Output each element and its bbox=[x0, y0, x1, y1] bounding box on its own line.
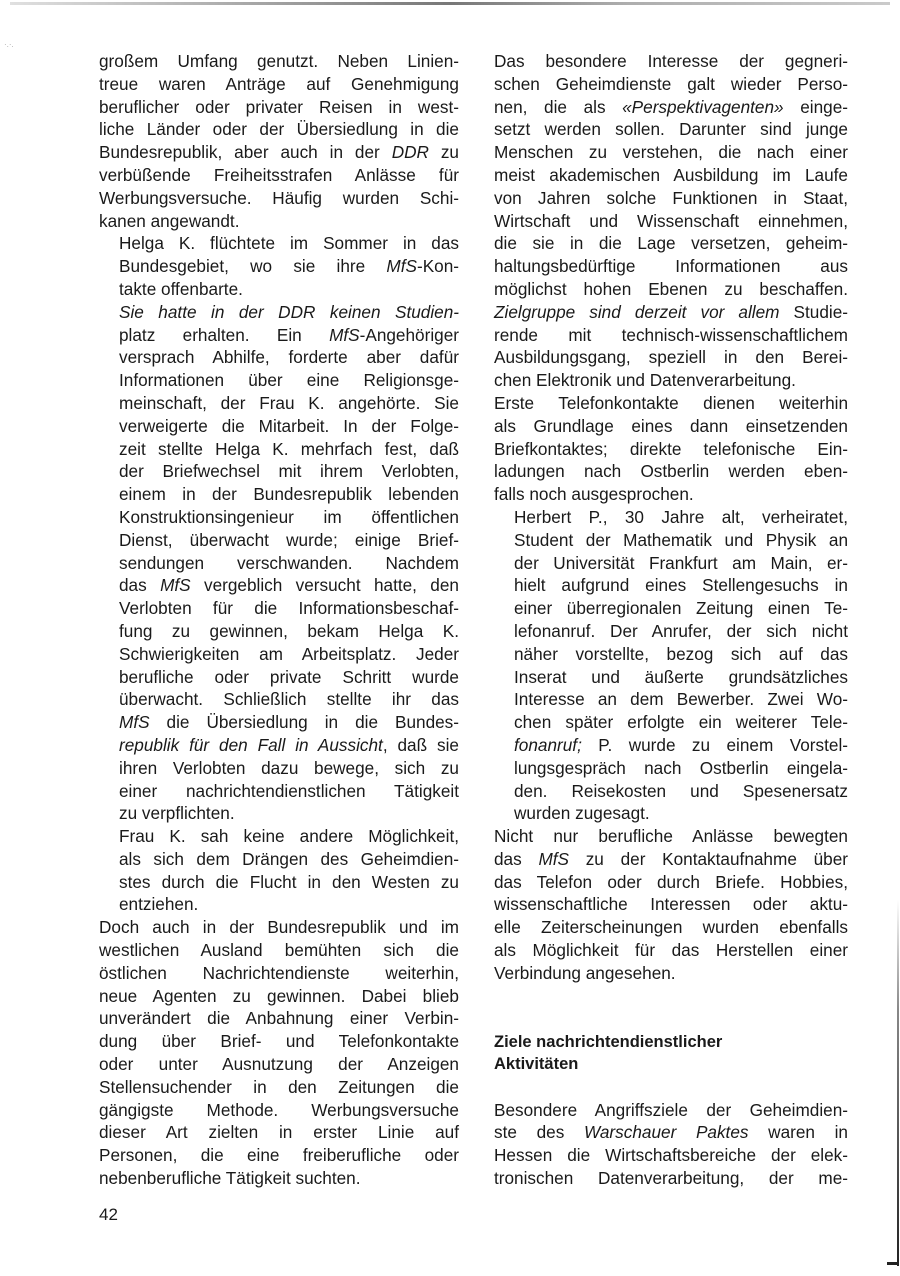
text-line: treue waren Anträge auf Genehmigung bbox=[99, 73, 459, 96]
text-line: der Universität Frankfurt am Main, er- bbox=[494, 552, 848, 575]
text-line: das MfS vergeblich versucht hatte, den bbox=[99, 574, 459, 597]
text-line: Bundesrepublik, aber auch in der DDR zu bbox=[99, 141, 459, 164]
text-line: zeit stellte Helga K. mehrfach fest, daß bbox=[99, 438, 459, 461]
text-line: fung zu gewinnen, bekam Helga K. bbox=[99, 620, 459, 643]
text-line: Personen, die eine freiberufliche oder bbox=[99, 1144, 459, 1167]
text-line: ihren Verlobten dazu bewege, sich zu bbox=[99, 757, 459, 780]
text-line: Verlobten für die Informationsbeschaf- bbox=[99, 597, 459, 620]
text-line: verweigerte die Mitarbeit. In der Folge- bbox=[99, 415, 459, 438]
text-line: MfS die Übersiedlung in die Bundes- bbox=[99, 711, 459, 734]
text-line: oder unter Ausnutzung der Anzeigen bbox=[99, 1053, 459, 1076]
text-line: lungsgespräch nach Ostberlin eingela- bbox=[494, 757, 848, 780]
text-line: Nicht nur berufliche Anlässe bewegten bbox=[494, 825, 848, 848]
text-line: lefonanruf. Der Anrufer, der sich nicht bbox=[494, 620, 848, 643]
text-line: ladungen nach Ostberlin werden eben- bbox=[494, 460, 848, 483]
text-line: gängigste Methode. Werbungsversuche bbox=[99, 1099, 459, 1122]
text-line: takte offenbarte. bbox=[99, 278, 459, 301]
text-line: beruflicher oder privater Reisen in west… bbox=[99, 96, 459, 119]
text-line: tronischen Datenverarbeitung, der me- bbox=[494, 1167, 848, 1190]
text-line: zu verpflichten. bbox=[99, 802, 459, 825]
text-line: Stellensuchender in den Zeitungen die bbox=[99, 1076, 459, 1099]
text-line: Menschen zu verstehen, die nach einer bbox=[494, 141, 848, 164]
text-line: Besondere Angriffsziele der Geheimdien- bbox=[494, 1099, 848, 1122]
text-line: einer überregionalen Zeitung einen Te- bbox=[494, 597, 848, 620]
paragraph: großem Umfang genutzt. Neben Linien- tre… bbox=[99, 50, 459, 232]
text-line: falls noch ausgesprochen. bbox=[494, 483, 848, 506]
text-line: als Grundlage eines dann einsetzenden bbox=[494, 415, 848, 438]
text-line: fonanruf; P. wurde zu einem Vorstel- bbox=[494, 734, 848, 757]
text-line: Sie hatte in der DDR keinen Studien- bbox=[99, 301, 459, 324]
text-line: einem in der Bundesrepublik lebenden bbox=[99, 483, 459, 506]
text-line: sendungen verschwanden. Nachdem bbox=[99, 552, 459, 575]
text-line: wissenschaftliche Interessen oder aktu- bbox=[494, 893, 848, 916]
spacer bbox=[494, 1076, 848, 1099]
text-line: als Möglichkeit für das Herstellen einer bbox=[494, 939, 848, 962]
scan-artifact bbox=[887, 1262, 899, 1265]
text-line: schen Geheimdienste galt wieder Perso- bbox=[494, 73, 848, 96]
text-line: Schwierigkeiten am Arbeitsplatz. Jeder bbox=[99, 643, 459, 666]
text-line: elle Zeiterscheinungen wurden ebenfalls bbox=[494, 916, 848, 939]
text-line: meist akademischen Ausbildung im Laufe bbox=[494, 164, 848, 187]
text-line: Wirtschaft und Wissenschaft einnehmen, bbox=[494, 210, 848, 233]
text-line: entziehen. bbox=[99, 893, 459, 916]
text-line: östlichen Nachrichtendienste weiterhin, bbox=[99, 962, 459, 985]
text-line: westlichen Ausland bemühten sich die bbox=[99, 939, 459, 962]
text-line: ste des Warschauer Paktes waren in bbox=[494, 1121, 848, 1144]
text-line: chen Elektronik und Datenverarbeitung. bbox=[494, 369, 848, 392]
case-example-herbert: Herbert P., 30 Jahre alt, verheiratet, S… bbox=[494, 506, 848, 825]
text-line: dung über Brief- und Telefonkontakte bbox=[99, 1030, 459, 1053]
paragraph: Besondere Angriffsziele der Geheimdien- … bbox=[494, 1099, 848, 1190]
text-line: Briefkontaktes; direkte telefonische Ein… bbox=[494, 438, 848, 461]
text-line: haltungsbedürftige Informationen aus bbox=[494, 255, 848, 278]
text-line: platz erhalten. Ein MfS-Angehöriger bbox=[99, 324, 459, 347]
text-line: Erste Telefonkontakte dienen weiterhin bbox=[494, 392, 848, 415]
page-number: 42 bbox=[99, 1205, 118, 1225]
text-line: Werbungsversuche. Häufig wurden Schi- bbox=[99, 187, 459, 210]
text-line: großem Umfang genutzt. Neben Linien- bbox=[99, 50, 459, 73]
text-line: möglichst hohen Ebenen zu beschaffen. bbox=[494, 278, 848, 301]
text-line: dieser Art zielten in erster Linie auf bbox=[99, 1121, 459, 1144]
text-line: berufliche oder private Schritt wurde bbox=[99, 666, 459, 689]
section-heading: Ziele nachrichtendienstlicher Aktivitäte… bbox=[494, 1031, 848, 1076]
text-line: Helga K. flüchtete im Sommer in das bbox=[99, 232, 459, 255]
text-line: Bundesgebiet, wo sie ihre MfS-Kon- bbox=[99, 255, 459, 278]
text-line: liche Länder oder der Übersiedlung in di… bbox=[99, 118, 459, 141]
text-line: hielt aufgrund eines Stellengesuchs in bbox=[494, 574, 848, 597]
text-line: Zielgruppe sind derzeit vor allem Studie… bbox=[494, 301, 848, 324]
text-line: das Telefon oder durch Briefe. Hobbies, bbox=[494, 871, 848, 894]
text-line: Student der Mathematik und Physik an bbox=[494, 529, 848, 552]
text-line: näher vorstellte, bezog sich auf das bbox=[494, 643, 848, 666]
text-line: als sich dem Drängen des Geheimdien- bbox=[99, 848, 459, 871]
text-line: stes durch die Flucht in den Westen zu bbox=[99, 871, 459, 894]
scan-artifact: ·.·. bbox=[4, 40, 14, 49]
text-line: Verbindung angesehen. bbox=[494, 962, 848, 985]
text-line: Inserat und äußerte grundsätzliches bbox=[494, 666, 848, 689]
paragraph: Nicht nur berufliche Anlässe bewegten da… bbox=[494, 825, 848, 985]
text-line: nebenberufliche Tätigkeit suchten. bbox=[99, 1167, 459, 1190]
text-line: meinschaft, der Frau K. angehörte. Sie bbox=[99, 392, 459, 415]
text-line: rende mit technisch-wissenschaftlichem bbox=[494, 324, 848, 347]
paragraph: Das besondere Interesse der gegneri- sch… bbox=[494, 50, 848, 392]
text-line: Konstruktionsingenieur im öffentlichen bbox=[99, 506, 459, 529]
paragraph: Doch auch in der Bundesrepublik und im w… bbox=[99, 916, 459, 1190]
text-line: Hessen die Wirtschaftsbereiche der elek- bbox=[494, 1144, 848, 1167]
text-line: wurden zugesagt. bbox=[494, 802, 848, 825]
text-line: neue Agenten zu gewinnen. Dabei blieb bbox=[99, 985, 459, 1008]
text-line: der Briefwechsel mit ihrem Verlobten, bbox=[99, 460, 459, 483]
text-line: Doch auch in der Bundesrepublik und im bbox=[99, 916, 459, 939]
text-line: unverändert die Anbahnung einer Verbin- bbox=[99, 1007, 459, 1030]
text-line: verbüßende Freiheitsstrafen Anlässe für bbox=[99, 164, 459, 187]
text-line: versprach Abhilfe, forderte aber dafür bbox=[99, 346, 459, 369]
text-line: chen später erfolgte ein weiterer Tele- bbox=[494, 711, 848, 734]
text-line: kanen angewandt. bbox=[99, 210, 459, 233]
text-line: Interesse an dem Bewerber. Zwei Wo- bbox=[494, 688, 848, 711]
scan-top-edge bbox=[10, 2, 890, 5]
text-line: den. Reisekosten und Spesenersatz bbox=[494, 780, 848, 803]
scan-right-edge bbox=[897, 900, 899, 1266]
text-line: nen, die als «Perspektivagenten» einge- bbox=[494, 96, 848, 119]
text-line: von Jahren solche Funktionen in Staat, bbox=[494, 187, 848, 210]
text-line: das MfS zu der Kontaktaufnahme über bbox=[494, 848, 848, 871]
text-line: überwacht. Schließlich stellte ihr das bbox=[99, 688, 459, 711]
text-line: Informationen über eine Religionsge- bbox=[99, 369, 459, 392]
spacer bbox=[494, 985, 848, 1031]
text-line: setzt werden sollen. Darunter sind junge bbox=[494, 118, 848, 141]
right-column: Das besondere Interesse der gegneri- sch… bbox=[494, 50, 848, 1190]
text-line: Herbert P., 30 Jahre alt, verheiratet, bbox=[494, 506, 848, 529]
text-line: Frau K. sah keine andere Möglichkeit, bbox=[99, 825, 459, 848]
left-column: großem Umfang genutzt. Neben Linien- tre… bbox=[99, 50, 459, 1190]
case-example-helga: Helga K. flüchtete im Sommer in das Bund… bbox=[99, 232, 459, 916]
text-line: Ausbildungsgang, speziell in den Berei- bbox=[494, 346, 848, 369]
text-line: Das besondere Interesse der gegneri- bbox=[494, 50, 848, 73]
paragraph: Erste Telefonkontakte dienen weiterhin a… bbox=[494, 392, 848, 506]
text-line: die sie in die Lage versetzen, geheim- bbox=[494, 232, 848, 255]
text-line: einer nachrichtendienstlichen Tätigkeit bbox=[99, 780, 459, 803]
text-line: republik für den Fall in Aussicht, daß s… bbox=[99, 734, 459, 757]
text-line: Dienst, überwacht wurde; einige Brief- bbox=[99, 529, 459, 552]
